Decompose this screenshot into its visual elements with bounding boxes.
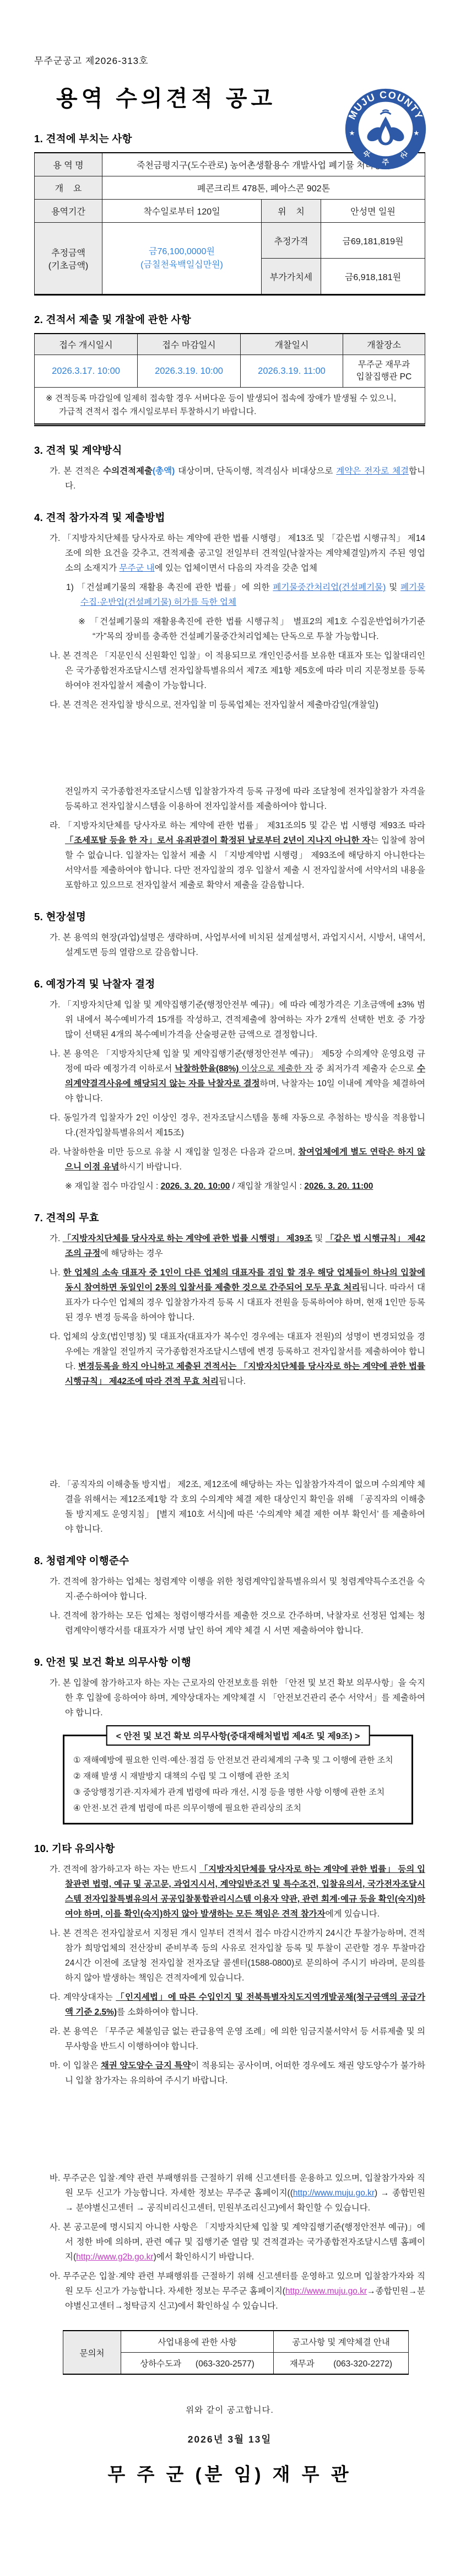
inquiry-col2-header: 공고사항 및 계약체결 안내 [274, 2331, 409, 2353]
text-run: 하시기 바랍니다. [119, 1162, 181, 1172]
text-run: 2026. 3. 20. 10:00 [161, 1182, 230, 1191]
section-7-heading: 7. 견적의 무효 [34, 1210, 425, 1225]
table-row: 개 요 폐콘크리트 478톤, 폐아스콘 902톤 [35, 176, 425, 200]
s10-item-ma: 마. 이 입찰은 채권 양도양수 금지 특약이 적용되는 공사이며, 어떠한 경… [34, 2058, 425, 2088]
estimated-amount-value: 금76,100,0000원 (금칠천육백일십만원) [102, 223, 262, 295]
url-link[interactable]: http://www.muju.go.kr [285, 2287, 367, 2296]
s8-item-na: 나. 견적에 참가하는 모든 업체는 청렴이행각서를 제출한 것으로 간주하며,… [34, 1608, 425, 1638]
col-deadline-header: 접수 마감일시 [138, 334, 241, 355]
text-run: 2026. 3. 20. 11:00 [304, 1182, 373, 1191]
vat-label: 부가가치세 [262, 259, 321, 295]
text-run: 라. 낙찰하한율 미만 등으로 유찰 시 재입찰 일정은 다음과 같으며, [50, 1147, 298, 1157]
text-run: )에서 확인하시기 바랍니다. [154, 2252, 254, 2262]
text-run: 낙찰하한율(88%) [175, 1064, 239, 1074]
text-run: 에게 있습니다. [326, 1909, 380, 1919]
opening-place: 무주군 재무과 입찰집행관 PC [343, 355, 425, 388]
receipt-start-datetime: 2026.3.17. 10:00 [35, 355, 138, 388]
text-run: (총액) [153, 466, 175, 476]
text-run: 무주군 내 [119, 563, 154, 573]
text-run: 대상이며, 단독이행, 적격심사 비대상으로 [175, 466, 336, 476]
text-run: 가. 견적에 참가하고자 하는 자는 반드시 [50, 1865, 199, 1874]
s4-subitem-1: 1) 「건설폐기물의 재활용 촉진에 관한 법률」에 의한 폐기물중간처리업(건… [34, 580, 425, 610]
s10-item-na: 나. 본 견적은 전자입찰로서 지정된 개시 일부터 견적서 접수 마감시간까지… [34, 1926, 425, 1985]
notice-number: 무주군공고 제2026-313호 [34, 53, 425, 67]
page-gap [34, 1393, 425, 1476]
text-run: 가. 본 입찰에 참가하고자 하는 자는 근로자의 안전보호를 위한 「안전 및… [50, 1678, 425, 1718]
col-start-header: 접수 개시일시 [35, 334, 138, 355]
text-run: 계약은 전자로 체결 [336, 466, 409, 476]
text-run: 라. 「공직자의 이해충돌 방지법」 제2조, 제12조에 해당하는 자는 입찰… [50, 1480, 425, 1534]
s10-item-ah: 아. 무주군은 입찰·계약 관련 부패행위를 근절하기 위해 신고센터를 운영하… [34, 2269, 425, 2314]
text-run: 가. 본 견적은 [50, 466, 103, 476]
text-run: 에 있는 업체이면서 다음의 자격을 갖춘 업체 [155, 563, 317, 573]
table-row: 2026.3.17. 10:00 2026.3.19. 10:00 2026.3… [35, 355, 425, 388]
section-8-heading: 8. 청렴계약 이행준수 [34, 1553, 425, 1568]
s7-item-da: 다. 업체의 상호(법인명칭) 및 대표자(대표자가 복수인 경우에는 대표자 … [34, 1329, 425, 1389]
closing-statement: 위와 같이 공고합니다. [34, 2403, 425, 2416]
inquiry-label: 문의처 [63, 2331, 121, 2374]
schedule-note: ※ 견적등록 마감일에 일제히 접속할 경우 서버다운 등이 발생되어 접속에 … [35, 388, 425, 425]
inquiry-table: 문의처 사업내용에 관한 사항 공고사항 및 계약체결 안내 상하수도과 (06… [63, 2330, 409, 2375]
s4-item-na: 나. 본 견적은 「지문인식 신원확인 입찰」이 적용되므로 개인인증서를 보유… [34, 648, 425, 693]
text-run: / 재입찰 개찰일시 : [230, 1182, 304, 1191]
text-run: 나. [50, 1268, 63, 1278]
s6-item-da: 다. 동일가격 입찰자가 2인 이상인 경우, 전자조달시스템을 통해 자동으로… [34, 1110, 425, 1140]
announcement-date: 2026년 3월 13일 [34, 2432, 425, 2446]
url-link[interactable]: http://www.muju.go.kr [293, 2188, 375, 2198]
text-run: 이상으로 제출한 자 [239, 1064, 312, 1074]
s3-item-ga: 가. 본 견적은 수의견적제출(총액) 대상이며, 단독이행, 적격심사 비대상… [34, 464, 425, 493]
estimated-price-value: 금69,181,819원 [321, 223, 425, 259]
safety-box-item-4: ④ 안전·보건 관계 법령에 따른 의무이행에 필요한 관리상의 조치 [73, 1801, 403, 1816]
text-run: 라. 「지방자치단체를 당사자로 하는 계약에 관한 법률」 제31조의5 및 … [50, 821, 425, 830]
section-9-heading: 9. 안전 및 보건 확보 의무사항 이행 [34, 1655, 425, 1669]
text-run: 중 최저가격 제출자 순으로 [313, 1064, 417, 1074]
safety-box-item-2: ② 재해 발생 시 재발방지 대책의 수립 및 그 이행에 관한 조치 [73, 1769, 403, 1784]
text-run: 에 해당하는 경우 [100, 1249, 162, 1258]
text-run: 폐기물중간처리업(건설폐기물) [273, 583, 386, 592]
estimated-price-label: 추정가격 [262, 223, 321, 259]
s7-item-ra: 라. 「공직자의 이해충돌 방지법」 제2조, 제12조에 해당하는 자는 입찰… [34, 1477, 425, 1537]
inquiry-col1-contact: 상하수도과 (063-320-2577) [121, 2353, 274, 2375]
s8-item-ga: 가. 견적에 참가하는 업체는 청렴계약 이행을 위한 청렴계약입찰특별유의서 … [34, 1574, 425, 1604]
text-run: 및 [386, 583, 400, 592]
muju-county-logo: MUJU COUNTY ★ ★ 무 주 군 [344, 87, 427, 171]
table-row: ※ 견적등록 마감일에 일제히 접속할 경우 서버다운 등이 발생되어 접속에 … [35, 388, 425, 425]
safety-box-item-3: ③ 중앙행정기관·지자체가 관계 법령에 따라 개선, 시정 등을 명한 사항 … [73, 1785, 403, 1800]
s4-item-da-part2: 전일까지 국가종합전자조달시스템 입찰참가자격 등록 규정에 따라 조달청에 전… [34, 784, 425, 814]
table-header-row: 문의처 사업내용에 관한 사항 공고사항 및 계약체결 안내 [63, 2331, 409, 2353]
safety-obligations-box: < 안전 및 보건 확보 의무사항(중대재해처벌법 제4조 및 제9조) > ①… [63, 1735, 413, 1824]
s10-item-ga: 가. 견적에 참가하고자 하는 자는 반드시 「지방자치단체를 당사자로 하는 … [34, 1862, 425, 1922]
period-label: 용역기간 [35, 200, 102, 223]
text-run: 전일까지 국가종합전자조달시스템 입찰참가자격 등록 규정에 따라 조달청에 전… [65, 787, 425, 811]
section-6-heading: 6. 예정가격 및 낙찰자 결정 [34, 976, 425, 991]
text-run: 가. 견적에 참가하는 업체는 청렴계약 이행을 위한 청렴계약입찰특별유의서 … [50, 1577, 425, 1601]
logo-star-left-icon: ★ [349, 129, 355, 137]
text-run: 다. 본 견적은 전자입찰 방식으로, 전자입찰 미 등록업체는 전자입찰서 제… [50, 700, 378, 710]
s4-item-ga: 가. 「지방자치단체를 당사자로 하는 계약에 관한 법률 시행령」 제13조 … [34, 531, 425, 576]
opening-datetime: 2026.3.19. 11:00 [241, 355, 343, 388]
logo-star-right-icon: ★ [413, 129, 419, 137]
inquiry-col2-contact: 재무과 (063-320-2272) [274, 2353, 409, 2375]
table-header-row: 접수 개시일시 접수 마감일시 개찰일시 개찰장소 [35, 334, 425, 355]
text-run: 1) 「건설폐기물의 재활용 촉진에 관한 법률」에 의한 [66, 583, 273, 592]
text-run: 됩니다. [219, 1377, 246, 1386]
text-run: 「지방자치단체를 당사자로 하는 계약에 관한 법률 시행령」 제39조 [63, 1234, 312, 1243]
s6-rebid-schedule: ※ 재입찰 접수 마감일시 : 2026. 3. 20. 10:00 / 재입찰… [34, 1179, 425, 1194]
text-run: 가. 본 용역의 현장(과업)설명은 생략하며, 사업부서에 비치된 설계설명서… [50, 933, 425, 957]
s5-item-ga: 가. 본 용역의 현장(과업)설명은 생략하며, 사업부서에 비치된 설계설명서… [34, 930, 425, 960]
text-run: 라. 본 용역은 「무주군 체불임금 없는 관급용역 운영 조례」에 의한 임금… [50, 2027, 425, 2051]
s6-item-na: 나. 본 용역은 「지방자치단체 입찰 및 계약집행기준(행정안전부 예규)」 … [34, 1046, 425, 1106]
location-value: 안성면 일원 [321, 200, 425, 223]
s6-item-ga: 가. 「지방자치단체 입찰 및 계약집행기준(행정안전부 예규)」에 따라 예정… [34, 997, 425, 1042]
s4-note: ※ 「건설폐기물의 재활용촉진에 관한 법률 시행규칙」 별표2의 제1호 수집… [34, 614, 425, 644]
col-opening-header: 개찰일시 [241, 334, 343, 355]
text-run: 가. [50, 1234, 63, 1243]
vat-value: 금6,918,181원 [321, 259, 425, 295]
period-value: 착수일로부터 120일 [102, 200, 262, 223]
section-4-heading: 4. 견적 참가자격 및 제출방법 [34, 510, 425, 524]
signer-title: 무 주 군 (분 임) 재 무 관 [34, 2460, 425, 2486]
safety-box-title: < 안전 및 보건 확보 의무사항(중대재해처벌법 제4조 및 제9조) > [106, 1725, 370, 1746]
text-run: 수의견적제출 [103, 466, 153, 476]
text-run: 다. 동일가격 입찰자가 2인 이상인 경우, 전자조달시스템을 통해 자동으로… [50, 1113, 425, 1137]
s4-item-ra: 라. 「지방자치단체를 당사자로 하는 계약에 관한 법률」 제31조의5 및 … [34, 818, 425, 893]
section-3-heading: 3. 견적 및 계약방식 [34, 443, 425, 457]
location-label: 위 치 [262, 200, 321, 223]
s9-item-ga: 가. 본 입찰에 참가하고자 하는 자는 근로자의 안전보호를 위한 「안전 및… [34, 1676, 425, 1720]
table-row: 추정금액 (기초금액) 금76,100,0000원 (금칠천육백일십만원) 추정… [35, 223, 425, 259]
s6-item-ra: 라. 낙찰하한율 미만 등으로 유찰 시 재입찰 일정은 다음과 같으며, 참여… [34, 1145, 425, 1174]
amount-korean: (금칠천육백일십만원) [140, 260, 223, 270]
s4-item-da-part1: 다. 본 견적은 전자입찰 방식으로, 전자입찰 미 등록업체는 전자입찰서 제… [34, 697, 425, 712]
service-name-label: 용 역 명 [35, 153, 102, 176]
s10-item-da: 다. 계약상대자는 「인지세법」에 따른 수입인지 및 전북특별자치도지역개발공… [34, 1990, 425, 2020]
text-run: 마. 이 입찰은 [50, 2061, 101, 2070]
schedule-table: 접수 개시일시 접수 마감일시 개찰일시 개찰장소 2026.3.17. 10:… [34, 333, 425, 426]
text-run: 및 [312, 1234, 326, 1243]
summary-label: 개 요 [35, 176, 102, 200]
text-run: 나. 본 견적은 「지문인식 신원확인 입찰」이 적용되므로 개인인증서를 보유… [50, 651, 425, 690]
page-gap [34, 2092, 425, 2170]
page-gap [34, 717, 425, 783]
section-10-heading: 10. 기타 유의사항 [34, 1841, 425, 1855]
summary-value: 폐콘크리트 478톤, 폐아스콘 902톤 [102, 176, 425, 200]
text-run: 를 소화하여야 합니다. [117, 2008, 198, 2017]
section-2-heading: 2. 견적서 제출 및 개찰에 관한 사항 [34, 312, 425, 326]
text-run: 가. 「지방자치단체 입찰 및 계약집행기준(행정안전부 예규)」에 따라 예정… [50, 1000, 425, 1039]
text-run: 나. 견적에 참가하는 모든 업체는 청렴이행각서를 제출한 것으로 간주하며,… [50, 1611, 425, 1635]
logo-emblem-icon: MUJU COUNTY ★ ★ 무 주 군 [344, 87, 427, 171]
amount-number: 금76,100,0000원 [149, 247, 215, 256]
logo-hangul-ju: 주 [382, 158, 389, 167]
s10-item-sa: 사. 본 공고문에 명시되지 아니한 사항은 「지방자치단체 입찰 및 계약집행… [34, 2220, 425, 2264]
s10-item-ba: 바. 무주군은 입찰·계약 관련 부패행위를 근절하기 위해 신고센터를 운용하… [34, 2171, 425, 2215]
s7-item-ga: 가. 「지방자치단체를 당사자로 하는 계약에 관한 법률 시행령」 제39조 … [34, 1231, 425, 1261]
s7-item-na: 나. 한 업체의 소속 대표자 중 1인이 다른 업체의 대표자를 겸임 할 경… [34, 1265, 425, 1325]
text-run: 「조세포탈 등을 한 자」로서 유죄판결이 확정된 날로부터 2년이 지나지 아… [65, 836, 370, 845]
estimated-amount-label: 추정금액 (기초금액) [35, 223, 102, 295]
text-run: 다. 계약상대자는 [50, 1993, 116, 2002]
text-run: ※ 재입찰 접수 마감일시 : [65, 1182, 161, 1191]
text-run: ※ 「건설폐기물의 재활용촉진에 관한 법률 시행규칙」 별표2의 제1호 수집… [78, 617, 425, 641]
safety-box-item-1: ① 재해예방에 필요한 인력·예산·점검 등 안전보건 관리체계의 구축 및 그… [73, 1753, 403, 1768]
url-link[interactable]: http://www.g2b.go.kr [76, 2252, 153, 2262]
text-run: 나. 본 견적은 전자입찰로서 지정된 개시 일부터 견적서 접수 마감시간까지… [50, 1929, 425, 1983]
inquiry-col1-header: 사업내용에 관한 사항 [121, 2331, 274, 2353]
notice-document: MUJU COUNTY ★ ★ 무 주 군 무주군공고 제2026-313호 용… [0, 0, 455, 2576]
text-run: 채권 양도양수 금지 특약 [101, 2061, 191, 2070]
s10-item-ra: 라. 본 용역은 「무주군 체불임금 없는 관급용역 운영 조례」에 의한 임금… [34, 2024, 425, 2054]
receipt-deadline-datetime: 2026.3.19. 10:00 [138, 355, 241, 388]
overview-table: 용 역 명 죽천금평지구(도수관로) 농어촌생활용수 개발사업 폐기물 처리용역… [34, 152, 425, 296]
col-place-header: 개찰장소 [343, 334, 425, 355]
section-5-heading: 5. 현장설명 [34, 909, 425, 924]
table-row: 용역기간 착수일로부터 120일 위 치 안성면 일원 [35, 200, 425, 223]
